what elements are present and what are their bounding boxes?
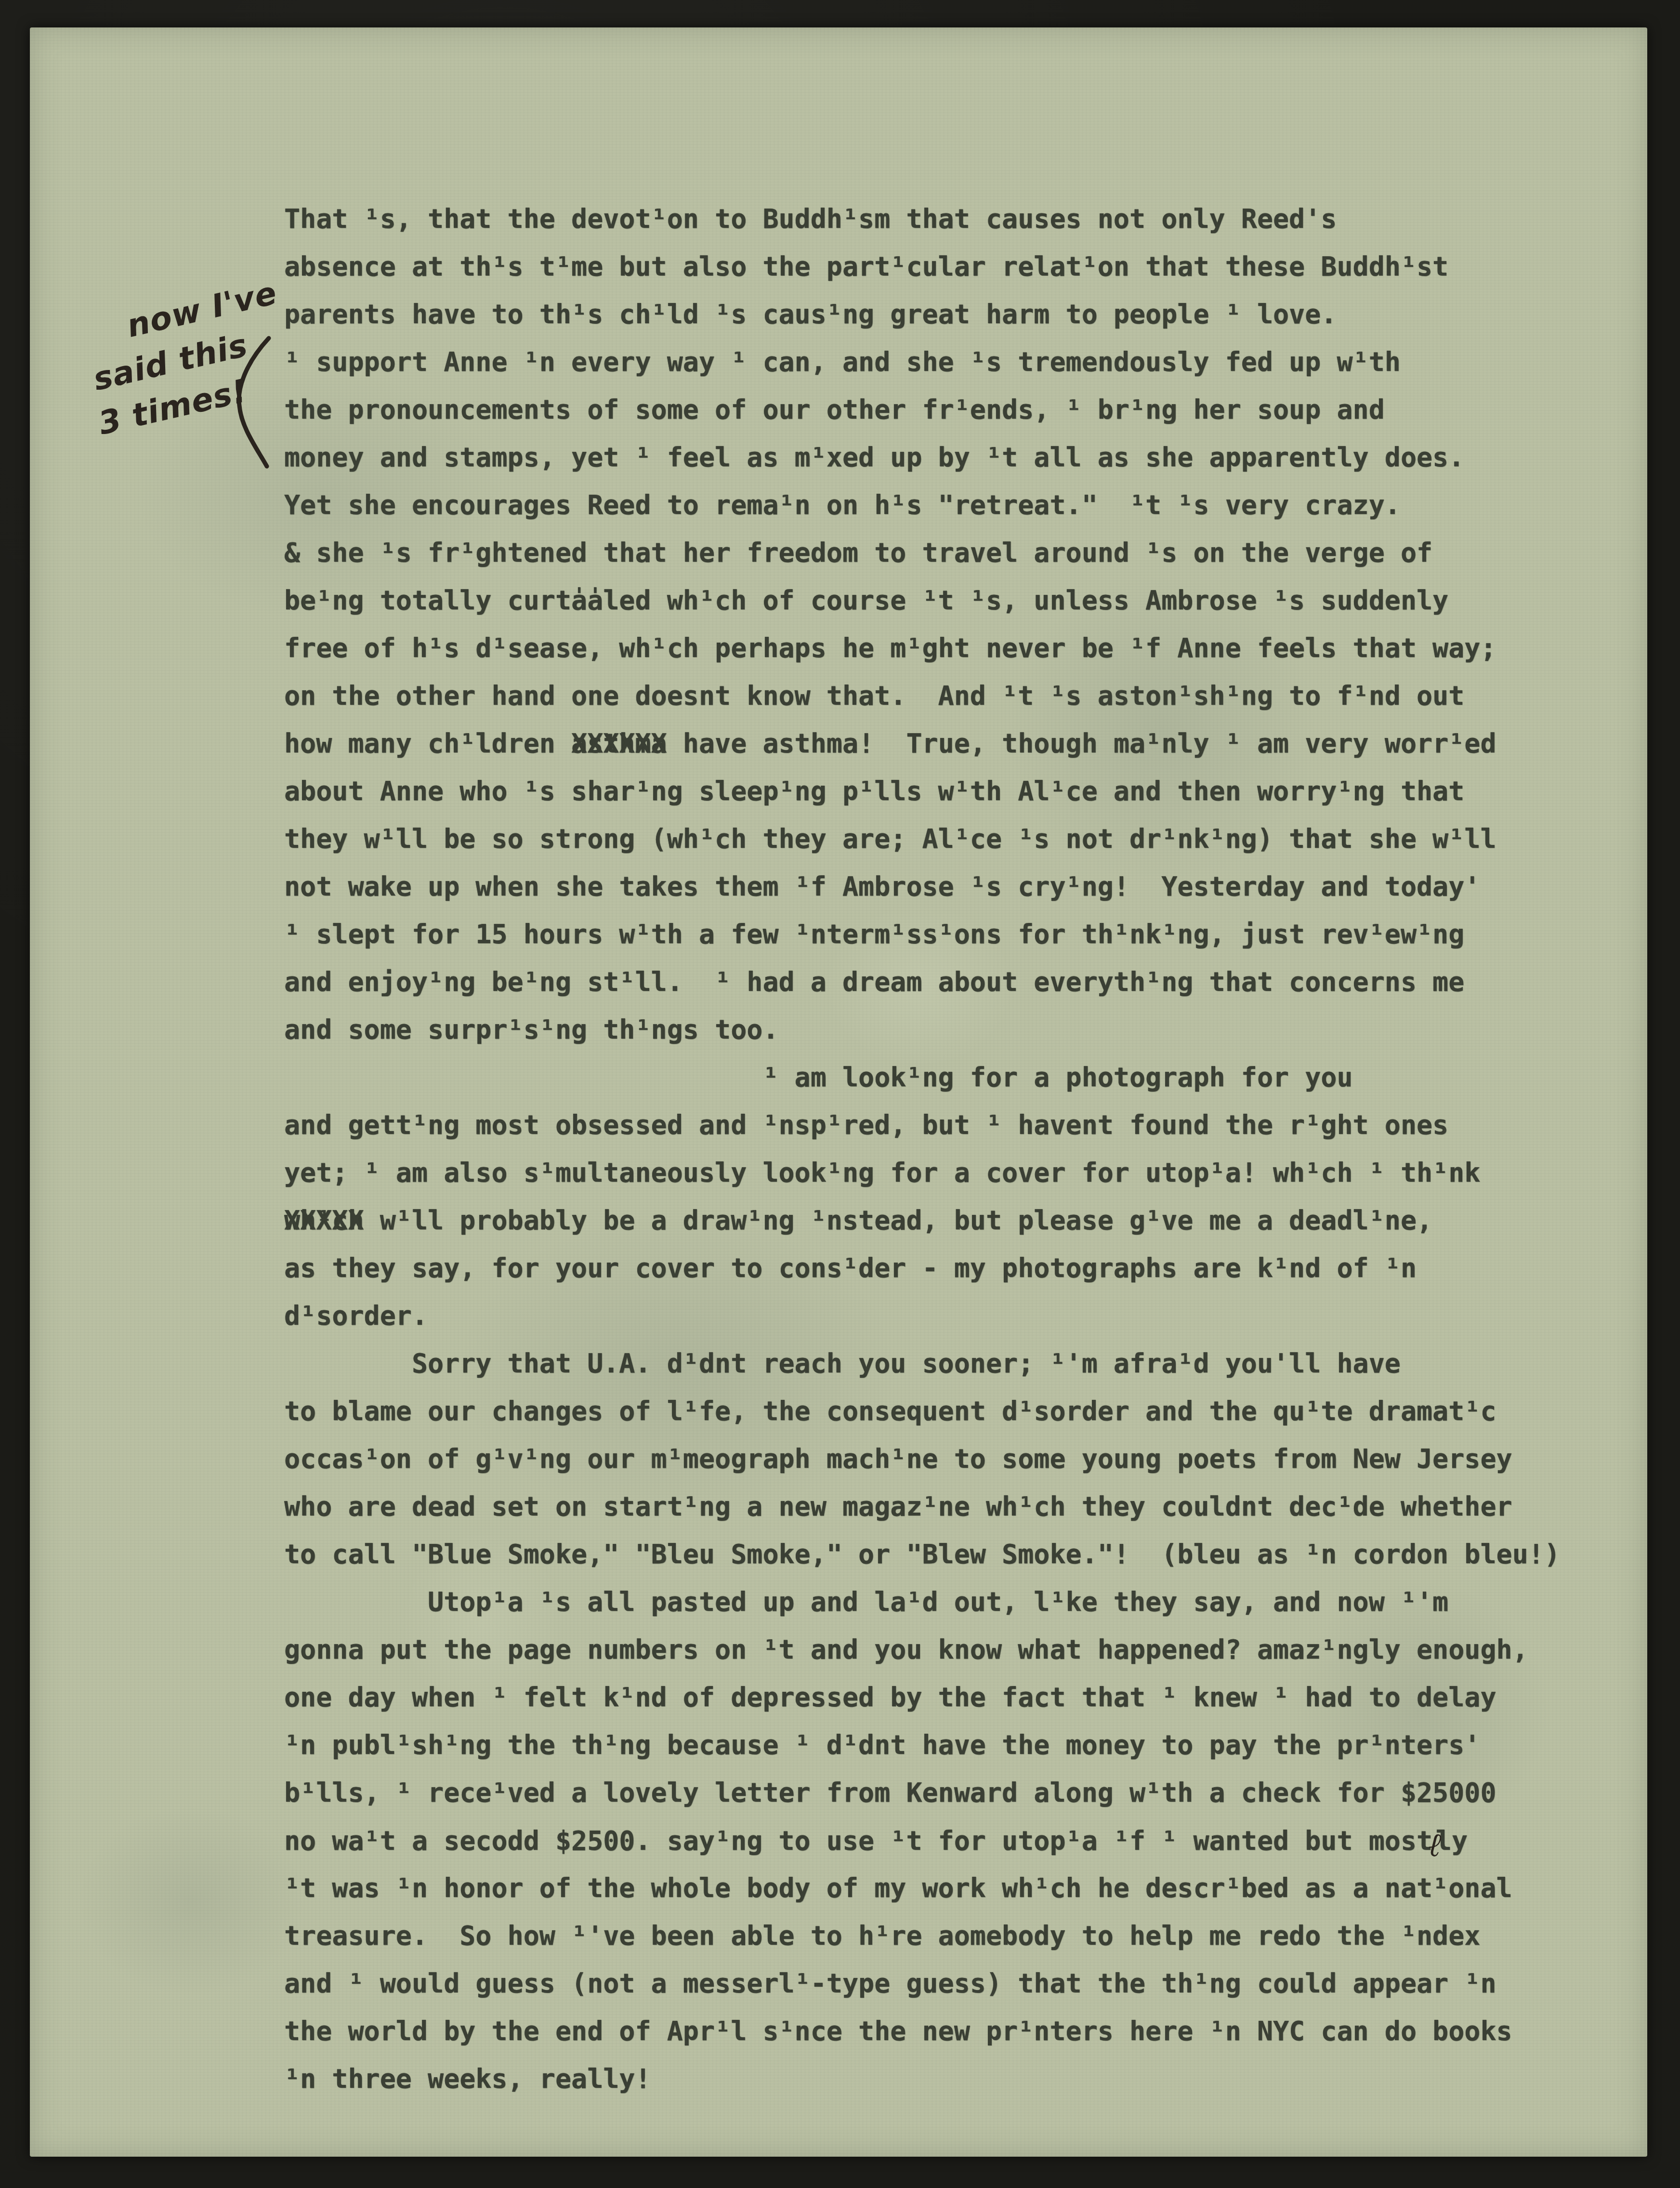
typed-line: and gett¹ng most obsessed and ¹nsp¹red, … (284, 1101, 1633, 1149)
typed-line: who are dead set on start¹ng a new magaz… (284, 1483, 1633, 1530)
typed-line: parents have to th¹s ch¹ld ¹s caus¹ng gr… (284, 290, 1633, 338)
typed-line: gonna put the page numbers on ¹t and you… (284, 1626, 1633, 1674)
struck-out-word: asthma (571, 720, 667, 767)
typed-line: no wa¹t a secodd $2500. say¹ng to use ¹t… (284, 1817, 1633, 1864)
typed-letter-body: That ¹s, that the devot¹on to Buddh¹sm t… (284, 195, 1633, 2103)
typed-line: That ¹s, that the devot¹on to Buddh¹sm t… (284, 195, 1633, 243)
typed-line: how many ch¹ldren asthma have asthma! Tr… (284, 720, 1633, 767)
typed-line: about Anne who ¹s shar¹ng sleep¹ng p¹lls… (284, 767, 1633, 815)
typed-line: b¹lls, ¹ rece¹ved a lovely letter from K… (284, 1769, 1633, 1817)
typed-line: and some surpr¹s¹ng th¹ngs too. (284, 1006, 1633, 1054)
typed-line: they w¹ll be so strong (wh¹ch they are; … (284, 815, 1633, 863)
letter-paper: now I've said this 3 times! That ¹s, tha… (30, 27, 1647, 2157)
typed-line: be¹ng totally curta̍a̍led wh¹ch of cours… (284, 577, 1633, 624)
typed-line: & she ¹s fr¹ghtened that her freedom to … (284, 529, 1633, 577)
typed-line: and ¹ would guess (not a messerl¹-type g… (284, 1960, 1633, 2007)
typed-line: ¹n publ¹sh¹ng the th¹ng because ¹ d¹dnt … (284, 1721, 1633, 1769)
typed-line: yet; ¹ am also s¹multaneously look¹ng fo… (284, 1149, 1633, 1197)
typed-line: to blame our changes of l¹fe, the conseq… (284, 1387, 1633, 1435)
typed-line: the pronouncements of some of our other … (284, 386, 1633, 434)
typed-line: money and stamps, yet ¹ feel as m¹xed up… (284, 434, 1633, 481)
struck-out-word: wh¹ch (284, 1197, 364, 1244)
typed-line: the world by the end of Apr¹l s¹nce the … (284, 2007, 1633, 2055)
typed-line: Yet she encourages Reed to rema¹n on h¹s… (284, 481, 1633, 529)
typed-line: treasure. So how ¹'ve been able to h¹re … (284, 1912, 1633, 1960)
typed-line: on the other hand one doesnt know that. … (284, 672, 1633, 720)
typed-line: occas¹on of g¹v¹ng our m¹meograph mach¹n… (284, 1435, 1633, 1483)
typed-line: Sorry that U.A. d¹dnt reach you sooner; … (284, 1340, 1633, 1387)
typed-line: as they say, for your cover to cons¹der … (284, 1244, 1633, 1292)
typed-line: wh¹ch w¹ll probably be a draw¹ng ¹nstead… (284, 1197, 1633, 1244)
typed-line: d¹sorder. (284, 1292, 1633, 1340)
typed-line: not wake up when she takes them ¹f Ambro… (284, 863, 1633, 910)
typed-line: and enjoy¹ng be¹ng st¹ll. ¹ had a dream … (284, 958, 1633, 1006)
typed-line: one day when ¹ felt k¹nd of depressed by… (284, 1674, 1633, 1721)
typed-line: absence at th¹s t¹me but also the part¹c… (284, 243, 1633, 290)
typed-line: ¹ support Anne ¹n every way ¹ can, and s… (284, 338, 1633, 386)
typed-line: free of h¹s d¹sease, wh¹ch perhaps he m¹… (284, 624, 1633, 672)
scan-background: now I've said this 3 times! That ¹s, tha… (0, 0, 1680, 2188)
typed-line: to call "Blue Smoke," "Bleu Smoke," or "… (284, 1530, 1633, 1578)
typed-line: Utop¹a ¹s all pasted up and la¹d out, l¹… (284, 1578, 1633, 1626)
margin-brace-icon (226, 333, 275, 473)
typed-line: ¹ slept for 15 hours w¹th a few ¹nterm¹s… (284, 910, 1633, 958)
typed-line: ¹n three weeks, really! (284, 2055, 1633, 2103)
typed-line: ¹ am look¹ng for a photograph for you (284, 1054, 1633, 1101)
